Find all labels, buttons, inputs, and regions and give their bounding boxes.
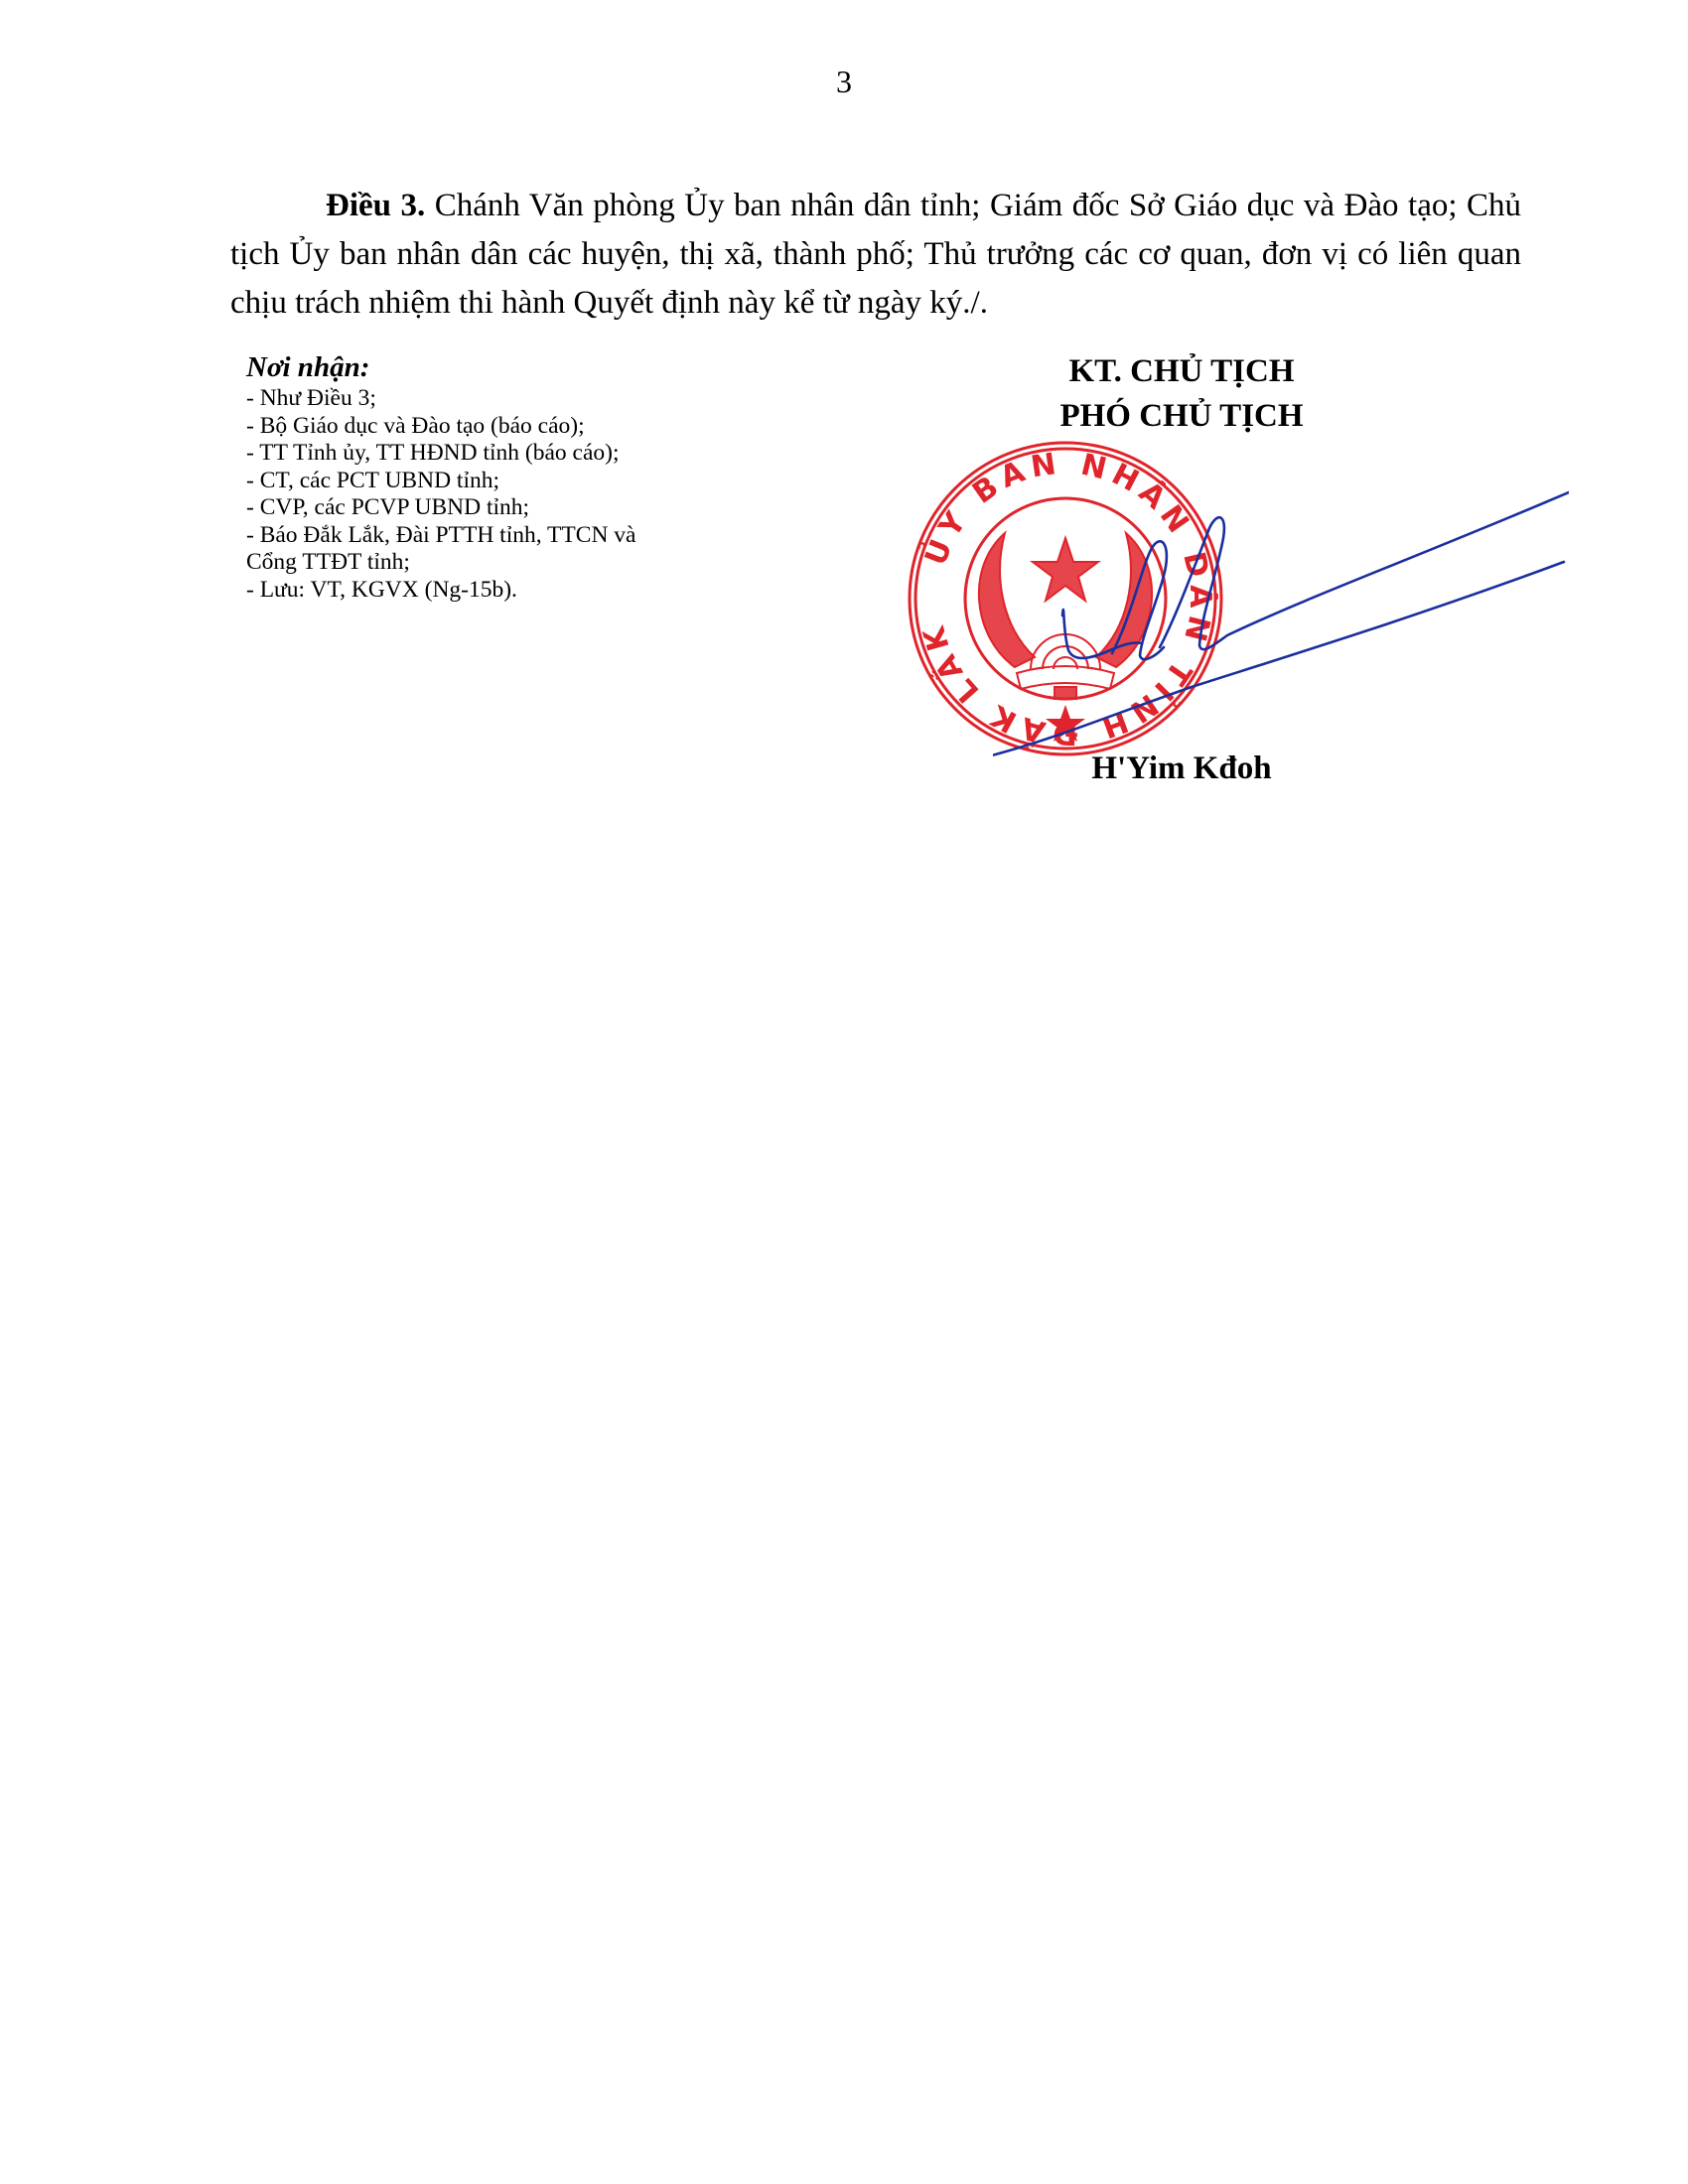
article-label: Điều 3.	[326, 188, 425, 223]
recipient-item: - CVP, các PCVP UBND tỉnh;	[246, 494, 782, 522]
recipients-block: Nơi nhận: - Như Điều 3; - Bộ Giáo dục và…	[246, 349, 782, 604]
recipient-item: Cổng TTĐT tỉnh;	[246, 549, 782, 577]
recipient-item: - Bộ Giáo dục và Đào tạo (báo cáo);	[246, 413, 782, 441]
signer-role-line-1: KT. CHỦ TỊCH	[943, 349, 1420, 394]
signer-name: H'Yim Kđoh	[943, 747, 1420, 790]
handwritten-signature	[993, 467, 1569, 764]
article-3-paragraph: Điều 3. Chánh Văn phòng Ủy ban nhân dân …	[230, 182, 1521, 328]
recipient-item: - Báo Đắk Lắk, Đài PTTH tỉnh, TTCN và	[246, 522, 782, 550]
page-number: 3	[0, 62, 1688, 101]
recipients-list: - Như Điều 3; - Bộ Giáo dục và Đào tạo (…	[246, 385, 782, 604]
signer-block: KT. CHỦ TỊCH PHÓ CHỦ TỊCH	[943, 349, 1420, 439]
recipient-item: - Như Điều 3;	[246, 385, 782, 413]
recipient-item: - TT Tỉnh ủy, TT HĐND tỉnh (báo cáo);	[246, 440, 782, 468]
recipient-item: - CT, các PCT UBND tỉnh;	[246, 468, 782, 495]
signer-role-line-2: PHÓ CHỦ TỊCH	[943, 394, 1420, 439]
recipients-heading: Nơi nhận:	[246, 349, 782, 385]
recipient-item: - Lưu: VT, KGVX (Ng-15b).	[246, 577, 782, 605]
